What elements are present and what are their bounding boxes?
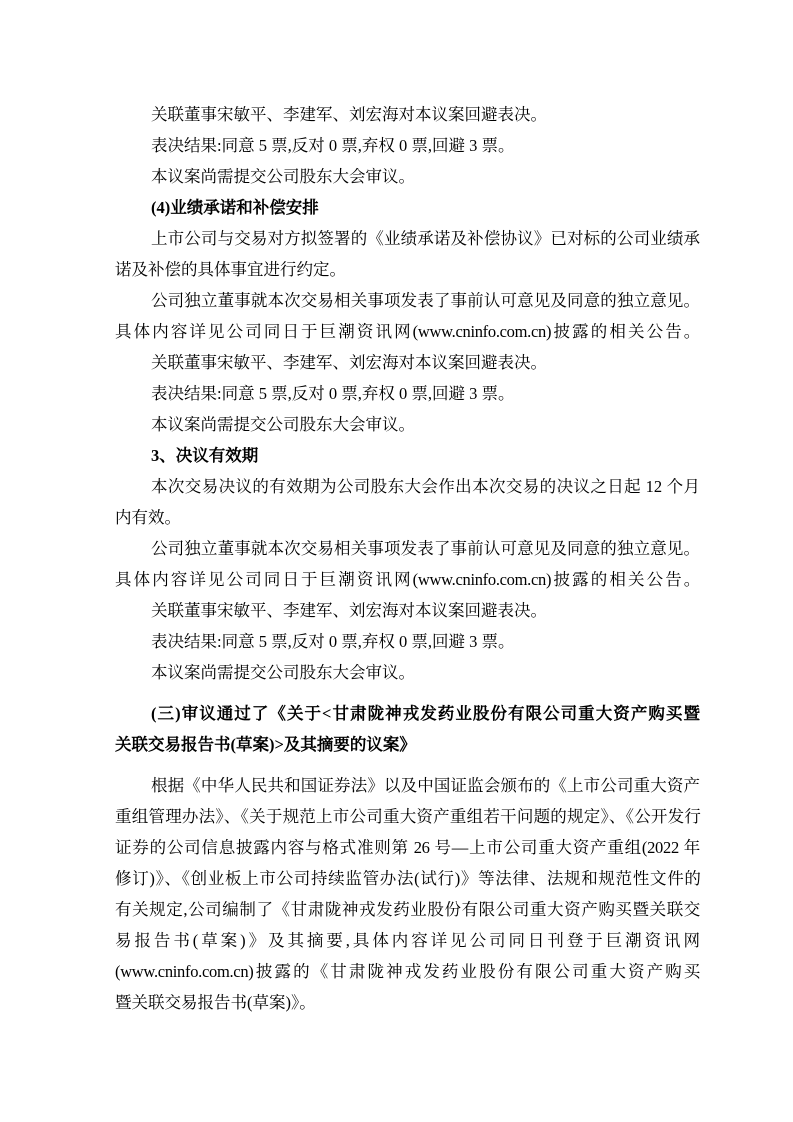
body-line-basis-8: 暨关联交易报告书(草案)》。 [115,987,700,1018]
body-line-basis-6: 易报告书(草案)》及其摘要,具体内容详见公司同日刊登于巨潮资讯网 [115,925,700,956]
body-line-independent-2: 具体内容详见公司同日于巨潮资讯网(www.cninfo.com.cn)披露的相关… [115,316,700,347]
heading-resolution-validity: 3、决议有效期 [115,440,700,471]
document-body: 关联董事宋敏平、李建军、刘宏海对本议案回避表决。 表决结果:同意 5 票,反对 … [115,99,700,1018]
body-line-submit-agm: 本议案尚需提交公司股东大会审议。 [115,657,700,688]
body-line-recusal: 关联董事宋敏平、李建军、刘宏海对本议案回避表决。 [115,99,700,130]
body-line-vote-result: 表决结果:同意 5 票,反对 0 票,弃权 0 票,回避 3 票。 [115,626,700,657]
body-line-basis-1: 根据《中华人民共和国证券法》以及中国证监会颁布的《上市公司重大资产 [115,770,700,801]
body-line-independent-1: 公司独立董事就本次交易相关事项发表了事前认可意见及同意的独立意见。 [115,285,700,316]
heading-section-3-line-2: 关联交易报告书(草案)>及其摘要的议案》 [115,729,700,760]
document-page: 关联董事宋敏平、李建军、刘宏海对本议案回避表决。 表决结果:同意 5 票,反对 … [0,0,793,1122]
body-line-validity-2: 内有效。 [115,502,700,533]
body-line-basis-3: 证券的公司信息披露内容与格式准则第 26 号—上市公司重大资产重组(2022 年 [115,832,700,863]
body-line-vote-result: 表决结果:同意 5 票,反对 0 票,弃权 0 票,回避 3 票。 [115,130,700,161]
heading-item-4: (4)业绩承诺和补偿安排 [115,192,700,223]
body-line-independent-2: 具体内容详见公司同日于巨潮资讯网(www.cninfo.com.cn)披露的相关… [115,564,700,595]
body-line-basis-2: 重组管理办法》、《关于规范上市公司重大资产重组若干问题的规定》、《公开发行 [115,801,700,832]
body-line-basis-5: 有关规定,公司编制了《甘肃陇神戎发药业股份有限公司重大资产购买暨关联交 [115,894,700,925]
body-line-recusal: 关联董事宋敏平、李建军、刘宏海对本议案回避表决。 [115,595,700,626]
body-line-agreement-2: 诺及补偿的具体事宜进行约定。 [115,254,700,285]
body-line-agreement-1: 上市公司与交易对方拟签署的《业绩承诺及补偿协议》已对标的公司业绩承 [115,223,700,254]
body-line-submit-agm: 本议案尚需提交公司股东大会审议。 [115,161,700,192]
body-line-validity-1: 本次交易决议的有效期为公司股东大会作出本次交易的决议之日起 12 个月 [115,471,700,502]
body-line-basis-7: (www.cninfo.com.cn)披露的《甘肃陇神戎发药业股份有限公司重大资… [115,956,700,987]
body-line-independent-1: 公司独立董事就本次交易相关事项发表了事前认可意见及同意的独立意见。 [115,533,700,564]
body-line-basis-4: 修订)》、《创业板上市公司持续监管办法(试行)》等法律、法规和规范性文件的 [115,863,700,894]
body-line-vote-result: 表决结果:同意 5 票,反对 0 票,弃权 0 票,回避 3 票。 [115,378,700,409]
body-line-submit-agm: 本议案尚需提交公司股东大会审议。 [115,409,700,440]
heading-section-3-line-1: (三)审议通过了《关于<甘肃陇神戎发药业股份有限公司重大资产购买暨 [115,698,700,729]
body-line-recusal: 关联董事宋敏平、李建军、刘宏海对本议案回避表决。 [115,347,700,378]
